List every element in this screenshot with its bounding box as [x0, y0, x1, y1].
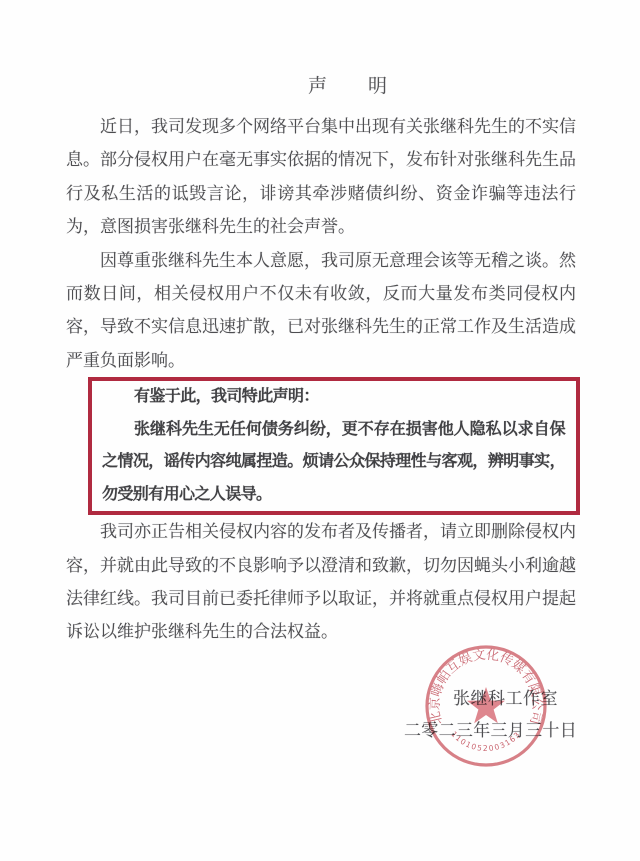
highlight-box: 有鉴于此，我司特此声明： 张继科先生无任何债务纠纷，更不存在损害他人隐私以求自保…: [88, 377, 580, 515]
paragraph-2: 因尊重张继科先生本人意愿，我司原无意理会该等无稽之谈。然而数日间，相关侵权用户不…: [66, 244, 576, 378]
seal-number-arc: 1101052003163: [449, 729, 522, 753]
statement-title: 声 明: [0, 71, 640, 98]
paragraph-1: 近日，我司发现多个网络平台集中出现有关张继科先生的不实信息。部分侵权用户在毫无事…: [66, 110, 576, 244]
seal-star-icon: [467, 687, 505, 723]
statement-document: 声 明 近日，我司发现多个网络平台集中出现有关张继科先生的不实信息。部分侵权用户…: [0, 0, 640, 861]
highlight-body: 张继科先生无任何债务纠纷，更不存在损害他人隐私以求自保之情况，谣传内容纯属捏造。…: [102, 414, 565, 512]
statement-body: 近日，我司发现多个网络平台集中出现有关张继科先生的不实信息。部分侵权用户在毫无事…: [66, 110, 576, 649]
seal-graphic: 北京嗨帕互娱文化传媒有限公司 1101052003163: [421, 641, 551, 771]
company-seal: 北京嗨帕互娱文化传媒有限公司 1101052003163: [421, 641, 551, 771]
highlight-heading: 有鉴于此，我司特此声明：: [102, 381, 565, 414]
seal-number-text: 1101052003163: [449, 729, 522, 753]
closing-paragraph: 我司亦正告相关侵权内容的发布者及传播者，请立即删除侵权内容，并就由此导致的不良影…: [66, 515, 576, 649]
